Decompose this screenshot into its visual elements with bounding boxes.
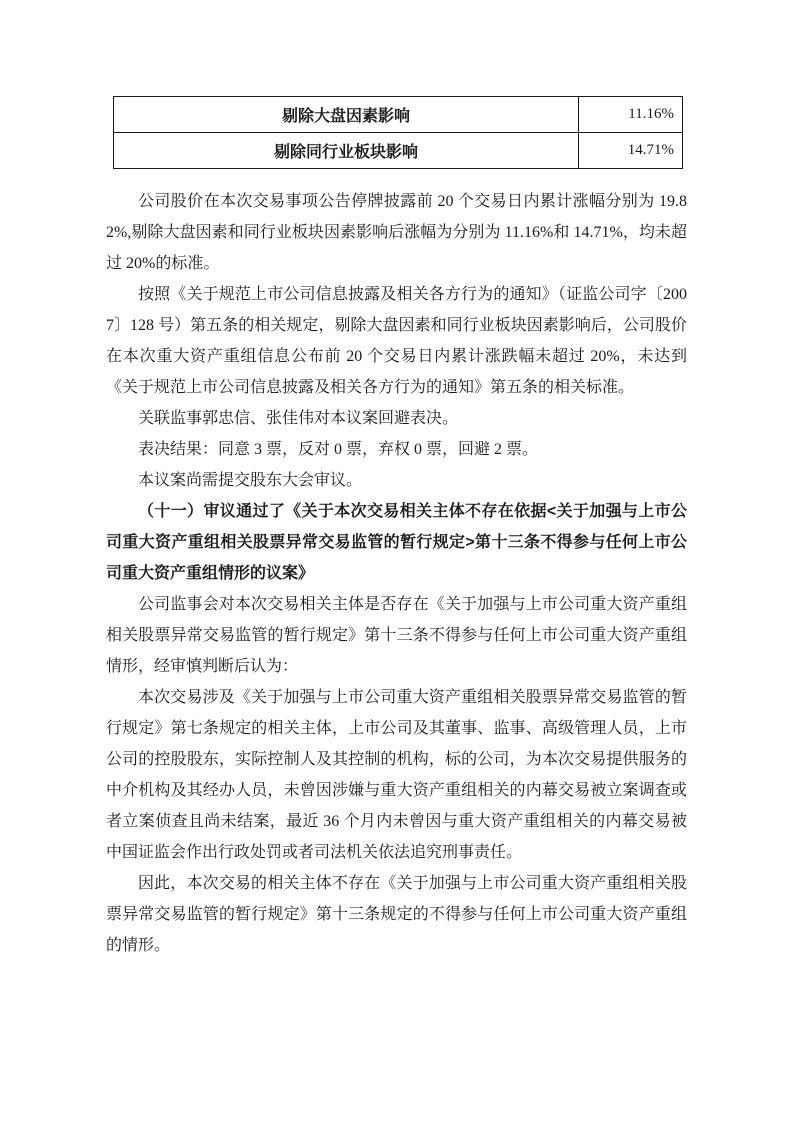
paragraph-conclusion: 因此，本次交易的相关主体不存在《关于加强与上市公司重大资产重组相关股票异常交易监… (106, 868, 687, 961)
paragraph-price-increase-summary: 公司股价在本次交易事项公告停牌披露前 20 个交易日内累计涨幅分别为 19.82… (106, 186, 687, 279)
table-cell-value: 14.71% (579, 133, 683, 169)
paragraph-supervisory-board-review: 公司监事会对本次交易相关主体是否存在《关于加强与上市公司重大资产重组相关股票异常… (106, 589, 687, 682)
document-page: 剔除大盘因素影响 11.16% 剔除同行业板块影响 14.71% 公司股价在本次… (0, 0, 793, 1122)
table-row: 剔除大盘因素影响 11.16% (114, 97, 683, 133)
paragraph-vote-result: 表决结果：同意 3 票，反对 0 票，弃权 0 票，回避 2 票。 (106, 434, 687, 465)
paragraph-regulation-standard: 按照《关于规范上市公司信息披露及相关各方行为的通知》（证监公司字〔2007〕12… (106, 279, 687, 403)
paragraph-related-parties-statement: 本次交易涉及《关于加强与上市公司重大资产重组相关股票异常交易监管的暂行规定》第七… (106, 682, 687, 868)
document-content: 剔除大盘因素影响 11.16% 剔除同行业板块影响 14.71% 公司股价在本次… (106, 96, 687, 961)
table-cell-value: 11.16% (579, 97, 683, 133)
paragraph-shareholder-meeting-note: 本议案尚需提交股东大会审议。 (106, 465, 687, 496)
table-cell-label: 剔除大盘因素影响 (114, 97, 579, 133)
table-row: 剔除同行业板块影响 14.71% (114, 133, 683, 169)
price-impact-table: 剔除大盘因素影响 11.16% 剔除同行业板块影响 14.71% (113, 96, 683, 169)
body-text: 公司股价在本次交易事项公告停牌披露前 20 个交易日内累计涨幅分别为 19.82… (106, 186, 687, 961)
section-heading-item-eleven: （十一）审议通过了《关于本次交易相关主体不存在依据<关于加强与上市公司重大资产重… (106, 496, 687, 589)
table-cell-label: 剔除同行业板块影响 (114, 133, 579, 169)
paragraph-abstaining-supervisors: 关联监事郭忠信、张佳伟对本议案回避表决。 (106, 403, 687, 434)
